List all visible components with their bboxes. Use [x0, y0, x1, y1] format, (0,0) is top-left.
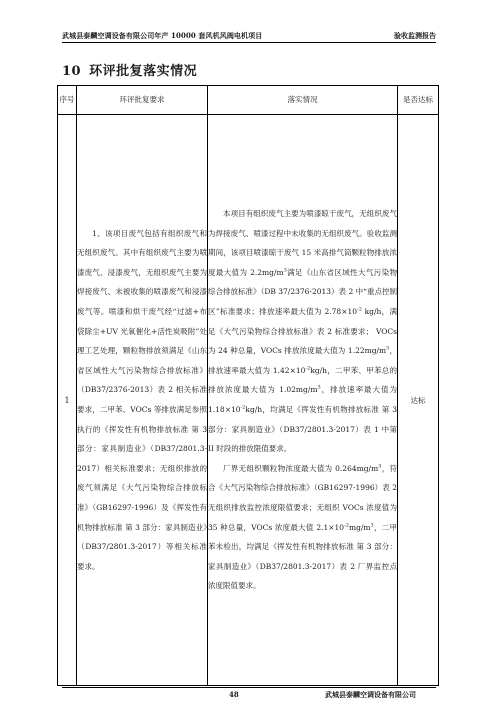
project-title: 武城县泰麟空调设备有限公司年产 10000 套风机风阀电机项目: [62, 31, 262, 41]
column-header-implementation: 落实情况: [208, 86, 398, 115]
row-requirement-cell: 1、该项目废气包括有组织废气和无组织废气。其中有组织废气主要为喷漆废气、浸漆废气…: [77, 115, 208, 686]
footer-divider: [62, 687, 436, 688]
section-number: 10: [62, 64, 81, 79]
footer-company: 武城县泰麟空调设备有限公司: [325, 690, 416, 700]
page-number: 48: [229, 690, 239, 700]
row-seq: 1: [58, 115, 77, 686]
column-header-requirement: 环评批复要求: [77, 86, 208, 115]
implementation-paragraph-1: 本项目有组织废气主要为喷漆晾干废气，无组织废气为焊接废气、喷漆过程中未收集的无组…: [208, 204, 397, 459]
section-title: 环评批复落实情况: [89, 64, 197, 79]
approval-implementation-table: 序号 环评批复要求 落实情况 是否达标 1 1、该项目废气包括有组织废气和无组织…: [57, 85, 439, 686]
implementation-paragraph-2: 厂界无组织颗粒物浓度最大值为 0.264mg/m3，符合《大气污染物综合排放标准…: [208, 459, 397, 596]
row-compliance-status: 达标: [398, 115, 439, 686]
row-implementation-cell: 本项目有组织废气主要为喷漆晾干废气，无组织废气为焊接废气、喷漆过程中未收集的无组…: [208, 115, 398, 686]
requirement-text: 1、该项目废气包括有组织废气和无组织废气。其中有组织废气主要为喷漆废气、浸漆废气…: [77, 224, 207, 577]
report-type: 验收监测报告: [394, 31, 436, 41]
column-header-seq: 序号: [58, 86, 77, 115]
section-heading: 10环评批复落实情况: [62, 64, 197, 80]
column-header-compliance: 是否达标: [398, 86, 439, 115]
table-header-row: 序号 环评批复要求 落实情况 是否达标: [58, 86, 439, 115]
table-row: 1 1、该项目废气包括有组织废气和无组织废气。其中有组织废气主要为喷漆废气、浸漆…: [58, 115, 439, 686]
page-header: 武城县泰麟空调设备有限公司年产 10000 套风机风阀电机项目 验收监测报告: [62, 30, 436, 43]
